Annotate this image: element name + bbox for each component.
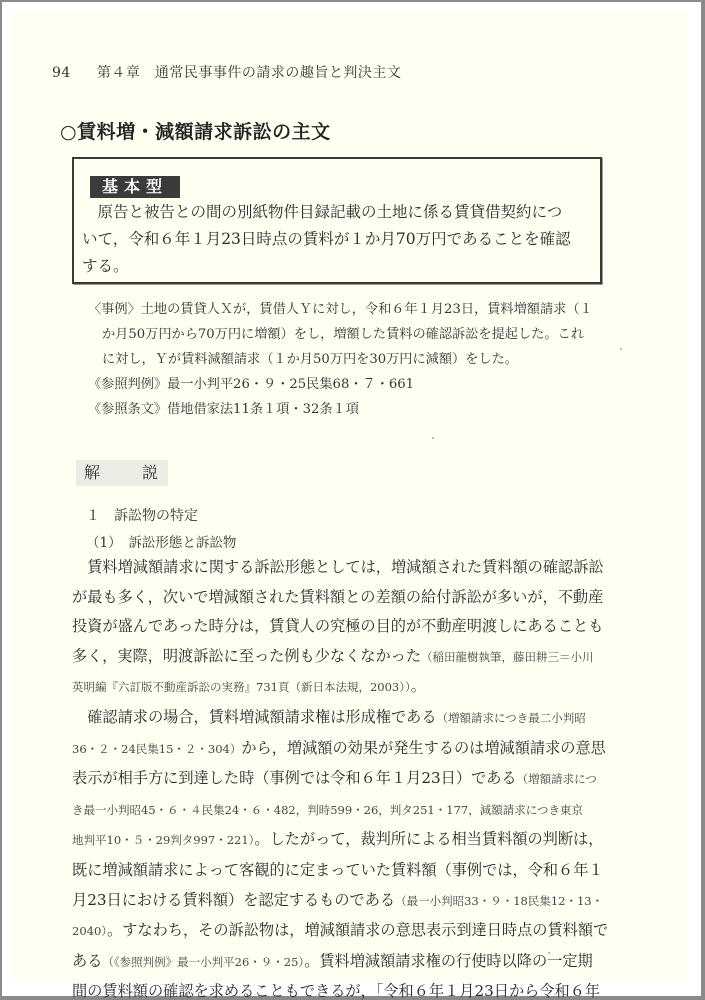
basic-form-line: いて，令和６年１月23日時点の賃料が１か月70万円であることを確認 — [82, 226, 594, 253]
citation-text: 36・２・24民集15・２・304） — [72, 742, 241, 756]
basic-form-box: 基本型 原告と被告との間の別紙物件目録記載の土地に係る賃貸借契約につ いて，令和… — [72, 157, 602, 284]
citation-text: （稲田龍樹執筆，藤田耕三＝小川 — [421, 650, 594, 664]
body-text-run: ある — [72, 952, 102, 970]
body-text-run: 既に増減額請求によって客観的に定まっていた賃料額（事例では，令和６年１ — [72, 861, 604, 879]
body-text-run: 。 — [411, 677, 426, 695]
body-line: き最一小判昭45・６・４民集24・６・482，判時599・26，判タ251・17… — [72, 795, 608, 826]
body-text-run: が最も多く，次いで増減額された賃料額との差額の給付訴訟が多いが，不動産 — [72, 588, 603, 606]
body-text-run: 間の賃料額の確認を求めることもできるが，「令和６年１月23日から令和６年 — [72, 982, 600, 1000]
body-line: 表示が相手方に到達した時（事例では令和６年１月23日）である（増額請求につ — [72, 764, 608, 795]
citation-text: 2040） — [72, 924, 107, 938]
body-line: 2040）。すなわち，その訴訟物は，増減額請求の意思表示到達日時点の賃料額で — [72, 916, 608, 947]
reference-statute: 《参照条文》借地借家法11条１項・32条１項 — [88, 397, 593, 422]
body-line: 36・２・24民集15・２・304）から，増減額の効果が発生するのは増減額請求の… — [72, 734, 608, 765]
body-line: ある（《参照判例》最一小判平26・９・25）。賃料増減額請求権の行使時以降の一定… — [72, 947, 608, 978]
body-line: 間の賃料額の確認を求めることもできるが，「令和６年１月23日から令和６年 — [72, 977, 608, 1000]
body-text-run: 月23日における賃料額）を認定するものである — [72, 891, 395, 909]
heading-level-1: １ 訴訟物の特定 — [86, 505, 198, 525]
body-text-run: 表示が相手方に到達した時（事例では令和６年１月23日）である — [72, 769, 517, 787]
body-text-run: 投資が盛んであった時分は，賃貸人の究極の目的が不動産明渡しにあることも — [72, 617, 603, 635]
body-text-run: 。賃料増減額請求権の行使時以降の一定期 — [304, 952, 593, 970]
section-title: ○賃料増・減額請求訴訟の主文 — [60, 117, 331, 144]
citation-text: 地判平10・５・29判タ997・221） — [72, 833, 254, 847]
scan-speck — [432, 437, 434, 439]
citation-text: （《参照判例》最一小判平26・９・25） — [102, 955, 304, 969]
body-line: が最も多く，次いで増減額された賃料額との差額の給付訴訟が多いが，不動産 — [72, 583, 608, 613]
commentary-label-char: 解 — [84, 460, 100, 486]
basic-form-label: 基本型 — [90, 176, 180, 198]
body-line: 確認請求の場合，賃料増減額請求権は形成権である（増額請求につき最二小判昭 — [72, 703, 608, 734]
chapter-title: 第４章 通常民事事件の請求の趣旨と判決主文 — [97, 65, 402, 81]
body-text-run: 多く，実際，明渡訴訟に至った例も少なくなかった — [72, 647, 421, 665]
body-line: 賃料増減額請求に関する訴訟形態としては，増減額された賃料額の確認訴訟 — [72, 553, 608, 583]
case-example-line: か月50万円から70万円に増額）をし，増額した賃料の確認訴訟を提起した。これ — [88, 322, 593, 347]
running-head: 94第４章 通常民事事件の請求の趣旨と判決主文 — [52, 62, 401, 82]
body-line: 月23日における賃料額）を認定するものである（最一小判昭33・９・18民集12・… — [72, 886, 608, 917]
citation-text: 英明編『六訂版不動産訴訟の実務』731頁（新日本法規，2003）） — [72, 680, 411, 694]
body-text-run: 賃料増減額請求に関する訴訟形態としては，増減額された賃料額の確認訴訟 — [72, 558, 604, 576]
body-line: 地判平10・５・29判タ997・221）。したがって，裁判所による相当賃料額の判… — [72, 825, 608, 856]
scan-speck — [620, 348, 622, 350]
body-text-run: 。したがって，裁判所による相当賃料額の判断は， — [254, 830, 603, 848]
commentary-body: 賃料増減額請求に関する訴訟形態としては，増減額された賃料額の確認訴訟が最も多く，… — [72, 553, 608, 1000]
commentary-label: 解 説 — [76, 460, 168, 486]
basic-form-text: 原告と被告との間の別紙物件目録記載の土地に係る賃貸借契約につ いて，令和６年１月… — [82, 199, 594, 280]
citation-text: （増額請求につ — [517, 772, 597, 786]
body-text-run: から，増減額の効果が発生するのは増減額請求の意思 — [241, 739, 606, 757]
page-number: 94 — [52, 65, 71, 81]
citation-text: き最一小判昭45・６・４民集24・６・482，判時599・26，判タ251・17… — [72, 803, 583, 817]
body-line: 既に増減額請求によって客観的に定まっていた賃料額（事例では，令和６年１ — [72, 856, 608, 886]
case-example-line: 〈事例〉土地の賃貸人Ｘが，賃借人Ｙに対し，令和６年１月23日，賃料増額請求（１ — [88, 297, 593, 322]
body-line: 投資が盛んであった時分は，賃貸人の究極の目的が不動産明渡しにあることも — [72, 612, 608, 642]
scan-speck — [548, 952, 550, 954]
commentary-label-char: 説 — [142, 460, 158, 486]
case-example-line: に対し，Ｙが賃料減額請求（１か月50万円を30万円に減額）をした。 — [88, 347, 593, 372]
case-example: 〈事例〉土地の賃貸人Ｘが，賃借人Ｙに対し，令和６年１月23日，賃料増額請求（１ … — [88, 297, 593, 422]
heading-level-2: （1） 訴訟形態と訴訟物 — [86, 531, 236, 551]
body-text-run: 。すなわち，その訴訟物は，増減額請求の意思表示到達日時点の賃料額で — [107, 921, 608, 939]
basic-form-line: する。 — [82, 253, 594, 280]
body-line: 英明編『六訂版不動産訴訟の実務』731頁（新日本法規，2003））。 — [72, 672, 608, 703]
body-line: 多く，実際，明渡訴訟に至った例も少なくなかった（稲田龍樹執筆，藤田耕三＝小川 — [72, 642, 608, 673]
reference-case: 《参照判例》最一小判平26・９・25民集68・７・661 — [88, 372, 593, 397]
basic-form-line: 原告と被告との間の別紙物件目録記載の土地に係る賃貸借契約につ — [82, 199, 594, 226]
citation-text: （増額請求につき最二小判昭 — [437, 711, 586, 725]
body-text-run: 確認請求の場合，賃料増減額請求権は形成権である — [72, 708, 437, 726]
citation-text: （最一小判昭33・９・18民集12・13・ — [395, 894, 603, 908]
